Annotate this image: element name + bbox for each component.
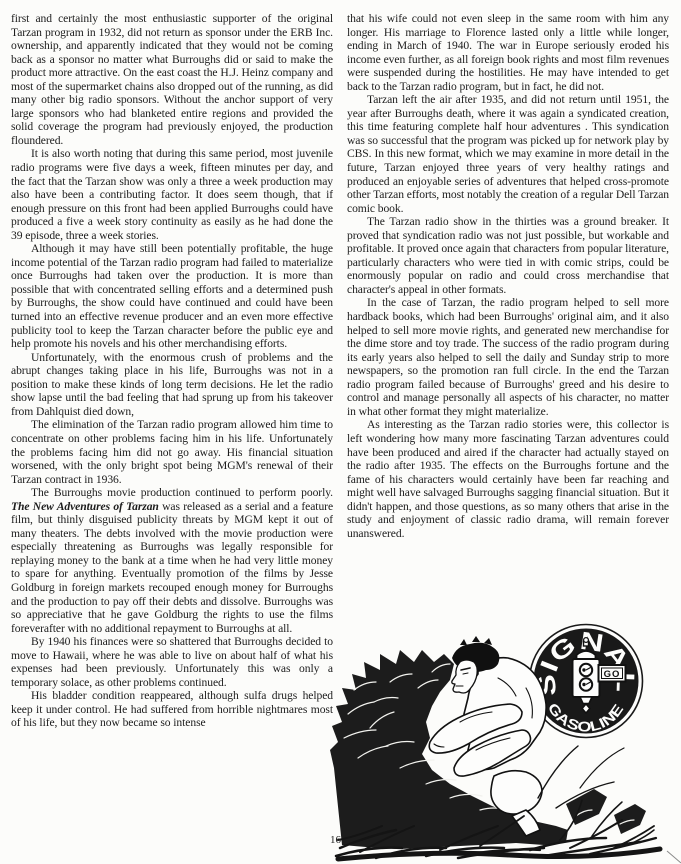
right-column: that his wife could not even sleep in th… (347, 12, 669, 620)
paragraph: Although it may have still been potentia… (11, 242, 333, 350)
scanned-document-page: first and certainly the most enthusiasti… (0, 0, 681, 864)
paragraph: In the case of Tarzan, the radio program… (347, 296, 669, 418)
signal-gasoline-logo: SIGNAL GASOLINE (530, 625, 643, 738)
go-badge-text: GO (604, 669, 621, 680)
paragraph: As interesting as the Tarzan radio stori… (347, 418, 669, 540)
go-badge: GO (599, 665, 626, 682)
paragraph: first and certainly the most enthusiasti… (11, 12, 333, 147)
movie-title: The New Adventures of Tarzan (11, 500, 159, 513)
paragraph: The Tarzan radio show in the thirties wa… (347, 215, 669, 296)
paragraph-text: was released as a serial and a feature f… (11, 500, 333, 635)
scan-corner-artifact (667, 851, 681, 863)
paragraph: The elimination of the Tarzan radio prog… (11, 418, 333, 486)
paragraph: Tarzan left the air after 1935, and did … (347, 93, 669, 215)
paragraph-text: The Burroughs movie production continued… (31, 486, 333, 499)
paragraph: His bladder condition reappeared, althou… (11, 689, 333, 730)
paragraph: It is also worth noting that during this… (11, 147, 333, 242)
paragraph: Unfortunately, with the enormous crush o… (11, 351, 333, 419)
paragraph: that his wife could not even sleep in th… (347, 12, 669, 93)
paragraph: By 1940 his finances were so shattered t… (11, 635, 333, 689)
page-number: 16 (330, 834, 341, 846)
paragraph: The Burroughs movie production continued… (11, 486, 333, 635)
tarzan-ape-illustration: SIGNAL GASOLINE (330, 618, 681, 864)
left-column: first and certainly the most enthusiasti… (11, 12, 333, 824)
